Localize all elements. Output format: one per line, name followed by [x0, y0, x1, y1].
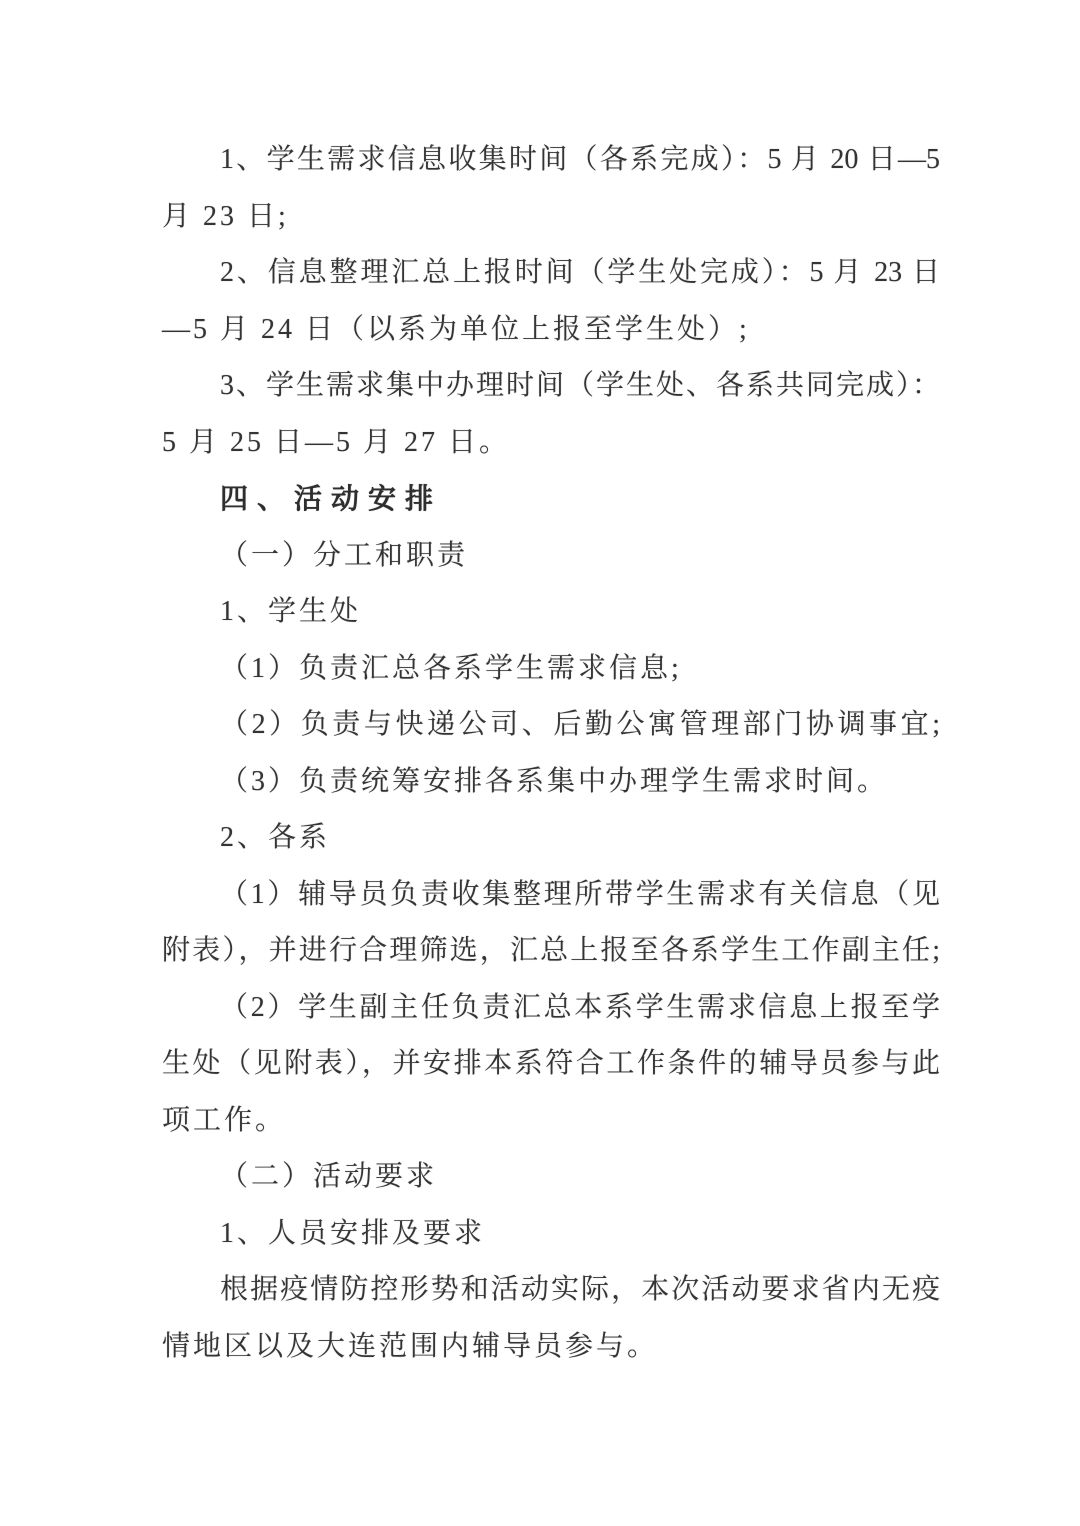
document-line: 生处（见附表），并安排本系符合工作条件的辅导员参与此	[162, 1036, 940, 1093]
document-line: 2、各系	[162, 810, 940, 867]
document-line: （1）辅导员负责收集整理所带学生需求有关信息（见	[162, 867, 940, 924]
document-line: 3、学生需求集中办理时间（学生处、各系共同完成）：	[162, 358, 940, 415]
document-line: 5 月 25 日—5 月 27 日。	[162, 415, 940, 472]
document-line: （3）负责统筹安排各系集中办理学生需求时间。	[162, 754, 940, 811]
document-line: （1）负责汇总各系学生需求信息;	[162, 641, 940, 698]
document-line: 项工作。	[162, 1093, 940, 1150]
document-line: （一）分工和职责	[162, 528, 940, 585]
document-line: —5 月 24 日（以系为单位上报至学生处）;	[162, 302, 940, 359]
document-body: 1、学生需求信息收集时间（各系完成）：5 月 20 日—5月 23 日;2、信息…	[162, 132, 940, 1375]
document-line: 1、学生需求信息收集时间（各系完成）：5 月 20 日—5	[162, 132, 940, 189]
document-page: 1、学生需求信息收集时间（各系完成）：5 月 20 日—5月 23 日;2、信息…	[0, 0, 1080, 1526]
document-line: 根据疫情防控形势和活动实际，本次活动要求省内无疫	[162, 1262, 940, 1319]
document-line: 1、人员安排及要求	[162, 1206, 940, 1263]
document-line: （2）负责与快递公司、后勤公寓管理部门协调事宜;	[162, 697, 940, 754]
section-heading: 四、活动安排	[162, 471, 940, 528]
document-line: 1、学生处	[162, 584, 940, 641]
document-line: 2、信息整理汇总上报时间（学生处完成）：5 月 23 日	[162, 245, 940, 302]
document-line: 附表），并进行合理筛选，汇总上报至各系学生工作副主任;	[162, 923, 940, 980]
document-line: 月 23 日;	[162, 189, 940, 246]
document-line: （二）活动要求	[162, 1149, 940, 1206]
document-line: （2）学生副主任负责汇总本系学生需求信息上报至学	[162, 980, 940, 1037]
document-line: 情地区以及大连范围内辅导员参与。	[162, 1319, 940, 1376]
